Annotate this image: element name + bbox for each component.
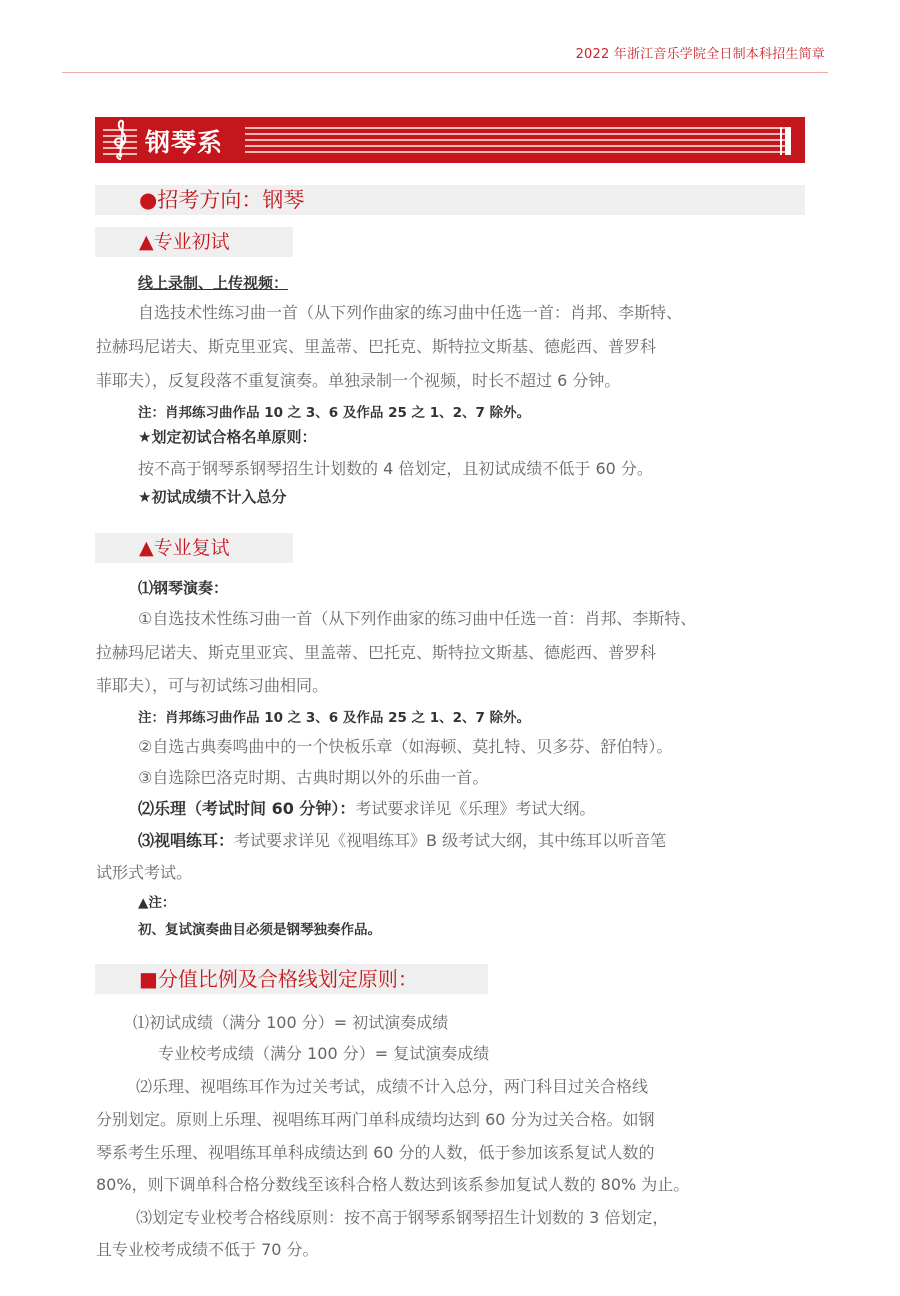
retest-item1-note: 注：肖邦练习曲作品 10 之 3、6 及作品 25 之 1、2、7 除外。 (138, 706, 530, 726)
department-title: 钢琴系 (145, 123, 223, 159)
preliminary-rule-text: 按不高于钢琴系钢琴招生计划数的 4 倍划定，且初试成绩不低于 60 分。 (138, 456, 653, 479)
retest-note-text: 初、复试演奏曲目必须是钢琴独奏作品。 (138, 918, 381, 938)
retest-item3-label: ⑶视唱练耳： (138, 831, 234, 850)
scoring-line: ⑴初试成绩（满分 100 分）= 初试演奏成绩 (133, 1010, 448, 1033)
retest-item3-text: 考试要求详见《视唱练耳》B 级考试大纲，其中练耳以听音笔 (234, 831, 666, 850)
preliminary-para-line: 拉赫玛尼诺夫、斯克里亚宾、里盖蒂、巴托克、斯特拉文斯基、德彪西、普罗科 (96, 334, 656, 357)
scoring-line: ⑵乐理、视唱练耳作为过关考试，成绩不计入总分，两门科目过关合格线 (136, 1074, 648, 1097)
preliminary-para-line: 自选技术性练习曲一首（从下列作曲家的练习曲中任选一首：肖邦、李斯特、 (138, 300, 682, 323)
scoring-line: 琴系考生乐理、视唱练耳单科成绩达到 60 分的人数，低于参加该系复试人数的 (96, 1140, 655, 1163)
department-banner: 钢琴系 (95, 117, 805, 163)
preliminary-para-line: 菲耶夫），反复段落不重复演奏。单独录制一个视频，时长不超过 6 分钟。 (96, 368, 620, 391)
retest-item2-label: ⑵乐理（考试时间 60 分钟）： (138, 799, 355, 818)
preliminary-score-note: ★初试成绩不计入总分 (138, 486, 286, 507)
preliminary-note: 注：肖邦练习曲作品 10 之 3、6 及作品 25 之 1、2、7 除外。 (138, 401, 530, 421)
retest-item3-text-cont: 试形式考试。 (96, 860, 192, 883)
scoring-heading: ■分值比例及合格线划定原则： (95, 964, 488, 994)
staff-barline (780, 127, 782, 155)
retest-item1-line: ①自选技术性练习曲一首（从下列作曲家的练习曲中任选一首：肖邦、李斯特、 (138, 606, 696, 629)
treble-clef-icon (107, 119, 133, 161)
running-header: 2022 年浙江音乐学院全日制本科招生简章 (576, 43, 825, 62)
retest-item1-sub3: ③自选除巴洛克时期、古典时期以外的乐曲一首。 (138, 765, 488, 788)
direction-heading: ●招考方向：钢琴 (95, 185, 805, 215)
retest-item1-title: ⑴钢琴演奏： (138, 577, 228, 598)
retest-item1-line: 拉赫玛尼诺夫、斯克里亚宾、里盖蒂、巴托克、斯特拉文斯基、德彪西、普罗科 (96, 640, 656, 663)
staff-end-barline (785, 127, 791, 155)
staff-lines (245, 127, 791, 153)
scoring-line: ⑶划定专业校考合格线原则：按不高于钢琴系钢琴招生计划数的 3 倍划定， (136, 1205, 668, 1228)
scoring-line: 专业校考成绩（满分 100 分）= 复试演奏成绩 (158, 1041, 489, 1064)
retest-note-heading: ▲注： (138, 891, 175, 911)
retest-item1-sub2: ②自选古典奏鸣曲中的一个快板乐章（如海顿、莫扎特、贝多芬、舒伯特）。 (138, 734, 672, 757)
scoring-line: 且专业校考成绩不低于 70 分。 (96, 1237, 319, 1260)
retest-item2-text: 考试要求详见《乐理》考试大纲。 (355, 799, 595, 818)
header-rule (62, 72, 828, 73)
retest-heading: ▲专业复试 (95, 533, 293, 563)
scoring-line: 分别划定。原则上乐理、视唱练耳两门单科成绩均达到 60 分为过关合格。如钢 (96, 1107, 655, 1130)
preliminary-heading: ▲专业初试 (95, 227, 293, 257)
retest-item1-line: 菲耶夫），可与初试练习曲相同。 (96, 673, 328, 696)
preliminary-rule-heading: ★划定初试合格名单原则： (138, 426, 316, 447)
retest-item3: ⑶视唱练耳：考试要求详见《视唱练耳》B 级考试大纲，其中练耳以听音笔 (138, 828, 666, 851)
retest-item2: ⑵乐理（考试时间 60 分钟）：考试要求详见《乐理》考试大纲。 (138, 796, 595, 819)
preliminary-subtitle: 线上录制、上传视频： (138, 272, 288, 293)
scoring-line: 80%，则下调单科合格分数线至该科合格人数达到该系参加复试人数的 80% 为止。 (96, 1172, 689, 1195)
